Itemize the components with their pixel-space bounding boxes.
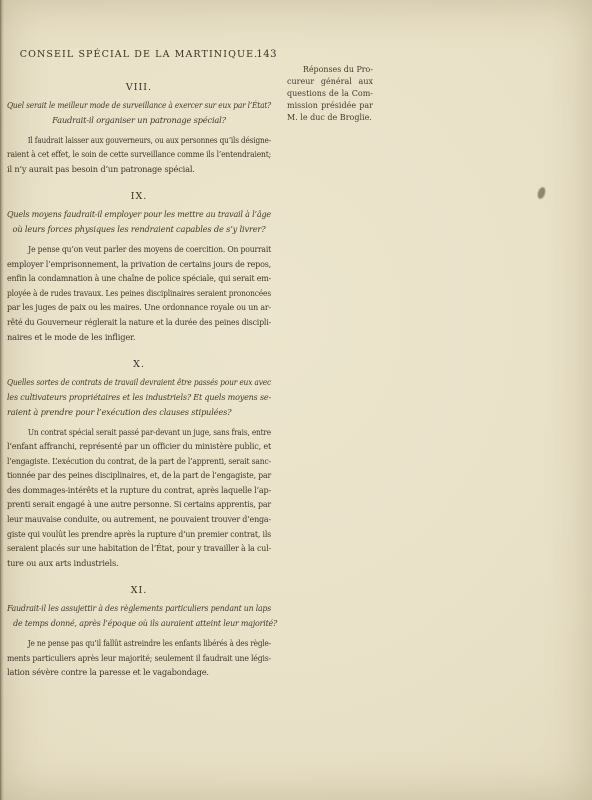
answer-line: employer l’emprisonnement, la privation …	[7, 257, 271, 272]
answer-text: Il faudrait laisser aux gouverneurs, ou …	[7, 133, 271, 177]
question-line: Quel serait le meilleur mode de surveill…	[7, 98, 271, 113]
answer-line: il n’y aurait pas besoin d’un patronage …	[7, 162, 271, 177]
answer-line: rêté du Gouverneur réglerait la nature e…	[7, 315, 271, 330]
section-xi: XI.Faudrait-il les assujettir à des règl…	[7, 585, 271, 679]
answer-line: l’engagiste. L’exécution du contrat, de …	[7, 454, 271, 469]
page-header: CONSEIL SPÉCIAL DE LA MARTINIQUE. 143	[7, 49, 271, 63]
question-line: où leurs forces physiques les rendraient…	[7, 222, 271, 237]
answer-line: des dommages-intérêts et la rupture du c…	[7, 483, 271, 498]
question-line: Quelles sortes de contrats de travail de…	[7, 375, 271, 390]
question-text: Quelles sortes de contrats de travail de…	[7, 375, 271, 419]
margin-note-line: M. le duc de Broglie.	[287, 112, 373, 124]
section-viii: VIII.Quel serait le meilleur mode de sur…	[7, 82, 271, 176]
answer-line: leur mauvaise conduite, ou autrement, ne…	[7, 512, 271, 527]
section-ix: IX.Quels moyens faudrait-il employer pou…	[7, 191, 271, 344]
answer-text: Je pense qu’on veut parler des moyens de…	[7, 242, 271, 344]
answer-text: Je ne pense pas qu’il fallût astreindre …	[7, 636, 271, 680]
answer-line: l’enfant affranchi, représenté par un of…	[7, 439, 271, 454]
margin-note-line: Réponses du Pro-	[287, 64, 373, 76]
question-line: les cultivateurs propriétaires et les in…	[7, 390, 271, 405]
question-text: Faudrait-il les assujettir à des règleme…	[7, 601, 271, 631]
question-text: Quels moyens faudrait-il employer pour l…	[7, 207, 271, 237]
margin-note-line: questions de la Com-	[287, 88, 373, 100]
margin-note: Réponses du Pro-cureur général auxquesti…	[287, 64, 373, 124]
question-line: de temps donné, après l’époque où ils au…	[7, 616, 271, 631]
answer-line: Je pense qu’on veut parler des moyens de…	[7, 242, 271, 257]
ink-speck	[536, 186, 546, 200]
answer-line: lation sévère contre la paresse et le va…	[7, 665, 271, 680]
section-numeral: X.	[7, 359, 271, 371]
text-column: VIII.Quel serait le meilleur mode de sur…	[7, 82, 271, 680]
scanned-book-page: CONSEIL SPÉCIAL DE LA MARTINIQUE. 143 Ré…	[0, 0, 592, 800]
section-numeral: XI.	[7, 585, 271, 597]
question-line: raient à prendre pour l’exécution des cl…	[7, 405, 271, 420]
answer-line: ments particuliers après leur majorité; …	[7, 651, 271, 666]
answer-line: Il faudrait laisser aux gouverneurs, ou …	[7, 133, 271, 148]
answer-line: naires et le mode de les infliger.	[7, 330, 271, 345]
page-number: 143	[256, 49, 277, 60]
answer-text: Un contrat spécial serait passé par-deva…	[7, 425, 271, 571]
margin-note-line: mission présidée par	[287, 100, 373, 112]
answer-line: raient à cet effet, le soin de cette sur…	[7, 147, 271, 162]
answer-line: seraient placés sur une habitation de l’…	[7, 541, 271, 556]
question-line: Quels moyens faudrait-il employer pour l…	[7, 207, 271, 222]
section-numeral: IX.	[7, 191, 271, 203]
question-text: Quel serait le meilleur mode de surveill…	[7, 98, 271, 128]
running-title: CONSEIL SPÉCIAL DE LA MARTINIQUE.	[7, 49, 271, 60]
question-line: Faudrait-il organiser un patronage spéci…	[7, 113, 271, 128]
answer-line: ture ou aux arts industriels.	[7, 556, 271, 571]
answer-line: prenti serait engagé à une autre personn…	[7, 497, 271, 512]
scan-gutter-shadow	[0, 0, 4, 800]
answer-line: par les juges de paix ou les maires. Une…	[7, 300, 271, 315]
answer-line: Je ne pense pas qu’il fallût astreindre …	[7, 636, 271, 651]
answer-line: enfin la condamnation à une chaîne de po…	[7, 271, 271, 286]
answer-line: Un contrat spécial serait passé par-deva…	[7, 425, 271, 440]
question-line: Faudrait-il les assujettir à des règleme…	[7, 601, 271, 616]
margin-note-line: cureur général aux	[287, 76, 373, 88]
answer-line: tionnée par des peines disciplinaires, e…	[7, 468, 271, 483]
answer-line: ployée à de rudes travaux. Les peines di…	[7, 286, 271, 301]
answer-line: giste qui voulût les prendre après la ru…	[7, 527, 271, 542]
section-numeral: VIII.	[7, 82, 271, 94]
section-x: X.Quelles sortes de contrats de travail …	[7, 359, 271, 570]
